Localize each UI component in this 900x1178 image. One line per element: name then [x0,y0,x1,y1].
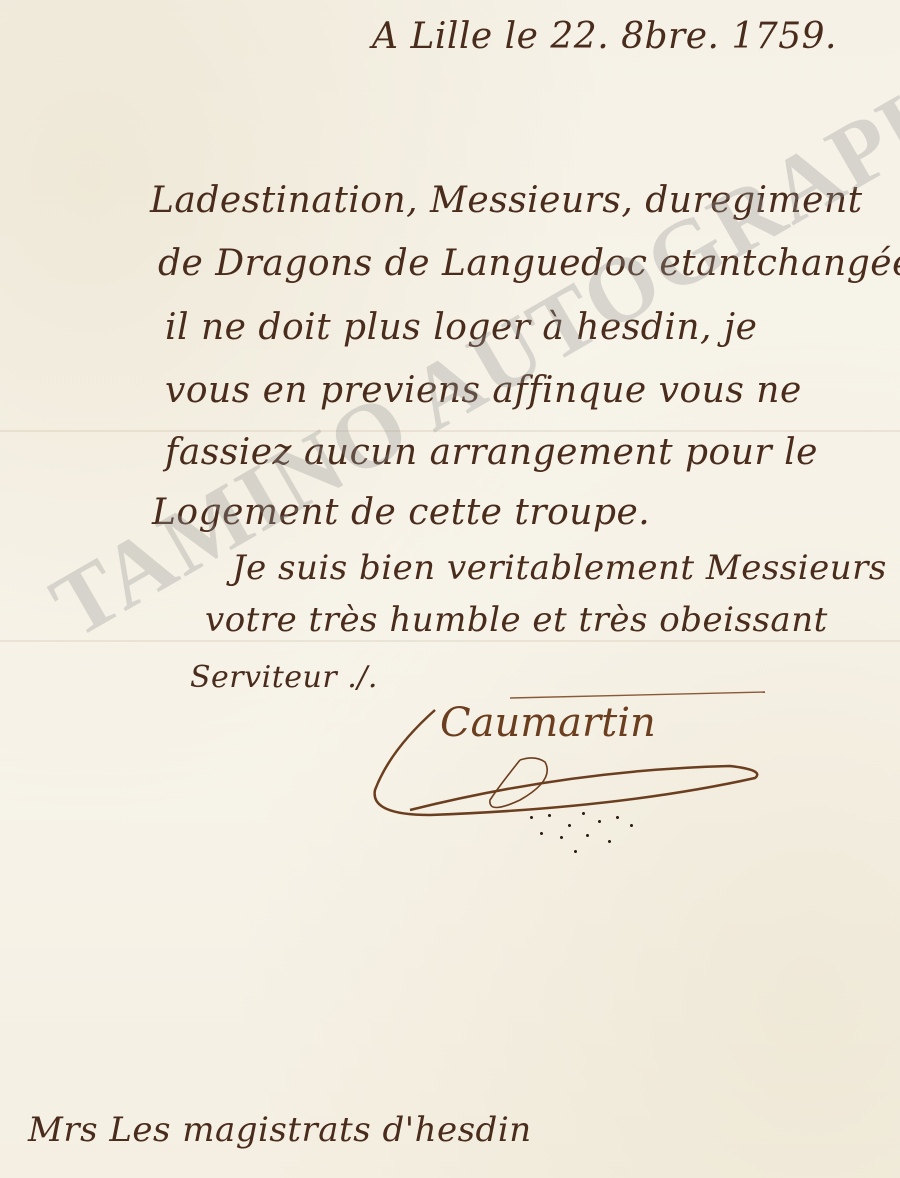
letter-closing-line: Serviteur ./. [190,660,378,695]
signature-name: Caumartin [440,700,656,746]
signature: Caumartin [370,690,770,820]
letter-closing-line: Je suis bien veritablement Messieurs [232,548,887,588]
letter-dateline: A Lille le 22. 8bre. 1759. [372,16,837,57]
paper-fold-line [0,640,900,642]
letter-address: Mrs Les magistrats d'hesdin [28,1110,532,1150]
letter-page: A Lille le 22. 8bre. 1759. Ladestination… [0,0,900,1178]
ink-specks [520,810,660,860]
letter-closing-line: votre très humble et très obeissant [205,600,828,640]
